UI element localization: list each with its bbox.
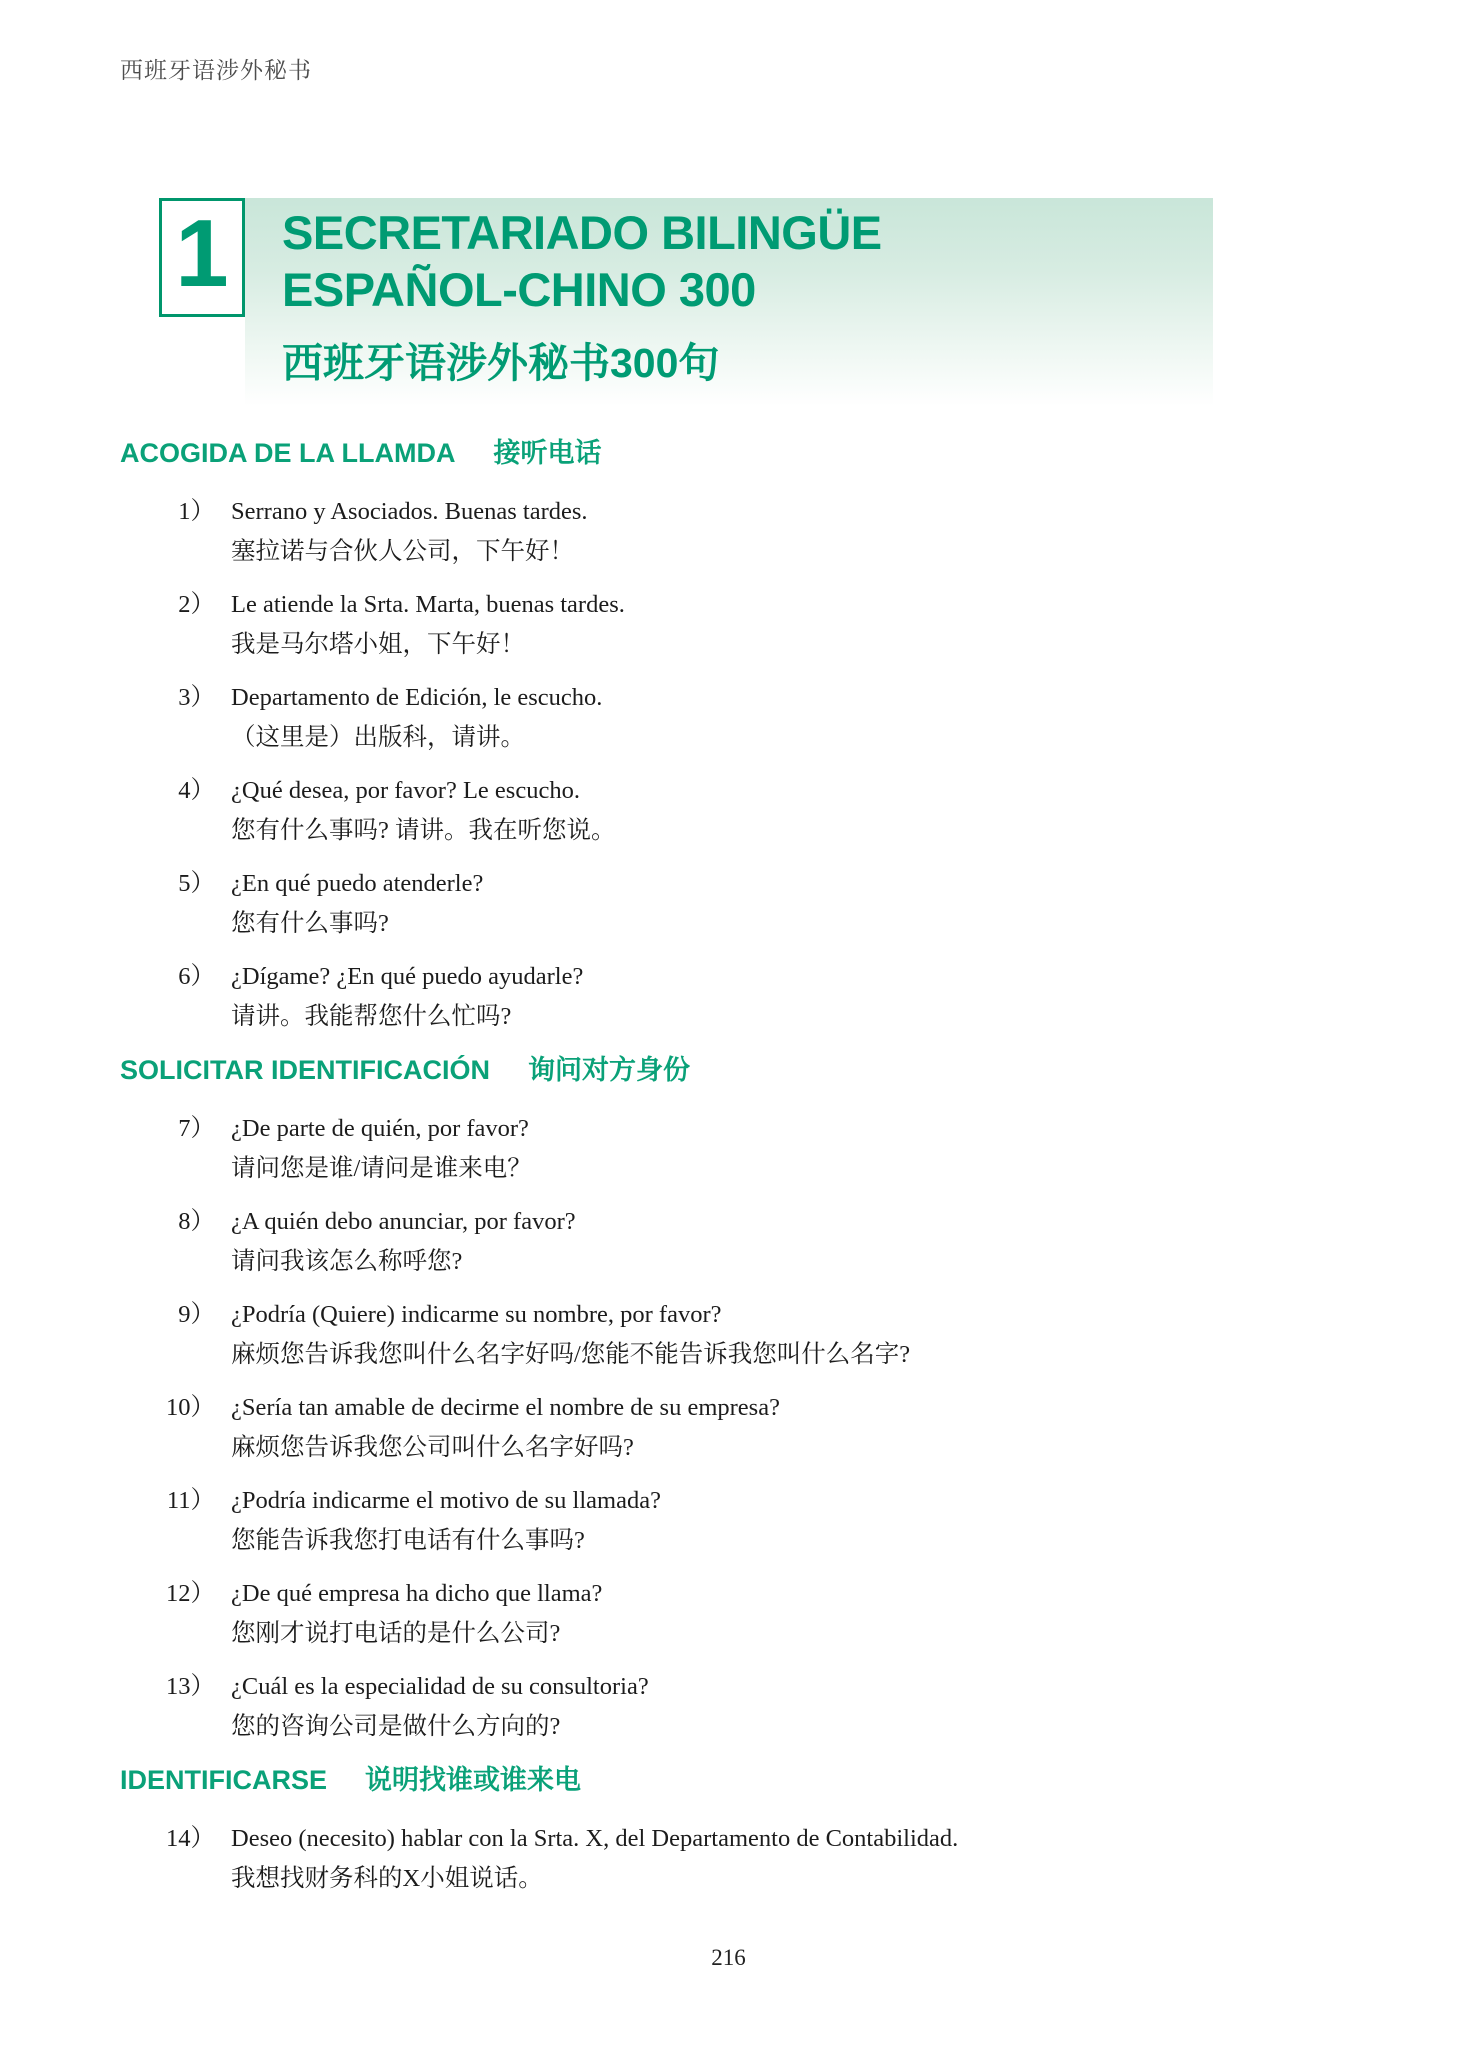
phrase-spanish-line: ¿Dígame? ¿En qué puedo ayudarle? <box>231 957 1350 997</box>
section-heading-spanish: IDENTIFICARSE <box>120 1765 327 1795</box>
phrase-spanish-line: ¿Qué desea, por favor? Le escucho. <box>231 771 1350 811</box>
phrase-item-text: ¿Sería tan amable de decirme el nombre d… <box>231 1388 1350 1468</box>
phrase-item-number: 1） <box>120 492 215 532</box>
phrase-item-number: 8） <box>120 1202 215 1242</box>
phrase-spanish-line: Departamento de Edición, le escucho. <box>231 678 1350 718</box>
chapter-subtitle-chinese: 西班牙语涉外秘书300句 <box>282 330 719 389</box>
phrase-item-number: 4） <box>120 771 215 811</box>
phrase-spanish-line: ¿De qué empresa ha dicho que llama? <box>231 1574 1350 1614</box>
section-heading-chinese: 说明找谁或谁来电 <box>365 1765 581 1795</box>
phrase-item: 13） ¿Cuál es la especialidad de su consu… <box>120 1667 1350 1747</box>
phrase-chinese-line: 您的咨询公司是做什么方向的? <box>231 1707 1350 1747</box>
phrase-spanish-line: Serrano y Asociados. Buenas tardes. <box>231 492 1350 532</box>
chapter-title-line2: ESPAÑOL-CHINO 300 <box>282 261 882 318</box>
section-heading: ACOGIDA DE LA LLAMDA接听电话 <box>120 436 1350 470</box>
phrase-spanish-line: ¿Podría indicarme el motivo de su llamad… <box>231 1481 1350 1521</box>
phrase-item: 8） ¿A quién debo anunciar, por favor? 请问… <box>120 1202 1350 1282</box>
phrase-item: 4） ¿Qué desea, por favor? Le escucho. 您有… <box>120 771 1350 851</box>
phrase-item-text: ¿Podría (Quiere) indicarme su nombre, po… <box>231 1295 1350 1375</box>
phrase-item-text: ¿Cuál es la especialidad de su consultor… <box>231 1667 1350 1747</box>
book-page: 西班牙语涉外秘书 1 SECRETARIADO BILINGÜE ESPAÑOL… <box>0 0 1457 2048</box>
page-number: 216 <box>0 1945 1457 1971</box>
phrase-item-number: 3） <box>120 678 215 718</box>
phrase-item-number: 11） <box>120 1481 215 1521</box>
phrase-item: 14） Deseo (necesito) hablar con la Srta.… <box>120 1819 1350 1899</box>
phrase-item-number: 6） <box>120 957 215 997</box>
phrase-item-number: 2） <box>120 585 215 625</box>
phrase-item: 5） ¿En qué puedo atenderle? 您有什么事吗? <box>120 864 1350 944</box>
running-header: 西班牙语涉外秘书 <box>120 52 312 85</box>
phrase-item: 6） ¿Dígame? ¿En qué puedo ayudarle? 请讲。我… <box>120 957 1350 1037</box>
phrase-item-number: 14） <box>120 1819 215 1859</box>
phrase-chinese-line: 您有什么事吗? 请讲。我在听您说。 <box>231 811 1350 851</box>
phrase-item: 10） ¿Sería tan amable de decirme el nomb… <box>120 1388 1350 1468</box>
phrase-spanish-line: ¿De parte de quién, por favor? <box>231 1109 1350 1149</box>
phrase-item-number: 12） <box>120 1574 215 1614</box>
section-items: 14） Deseo (necesito) hablar con la Srta.… <box>120 1819 1350 1899</box>
phrase-spanish-line: Deseo (necesito) hablar con la Srta. X, … <box>231 1819 1350 1859</box>
phrase-chinese-line: 我是马尔塔小姐，下午好！ <box>231 625 1350 665</box>
phrase-section: ACOGIDA DE LA LLAMDA接听电话 1） Serrano y As… <box>120 436 1350 1037</box>
section-heading-chinese: 接听电话 <box>493 438 601 468</box>
phrase-spanish-line: ¿Cuál es la especialidad de su consultor… <box>231 1667 1350 1707</box>
phrase-item-text: Deseo (necesito) hablar con la Srta. X, … <box>231 1819 1350 1899</box>
phrase-item-text: ¿Dígame? ¿En qué puedo ayudarle? 请讲。我能帮您… <box>231 957 1350 1037</box>
phrase-item-text: Le atiende la Srta. Marta, buenas tardes… <box>231 585 1350 665</box>
section-heading-spanish: SOLICITAR IDENTIFICACIÓN <box>120 1055 490 1085</box>
phrase-item: 12） ¿De qué empresa ha dicho que llama? … <box>120 1574 1350 1654</box>
phrase-section: IDENTIFICARSE说明找谁或谁来电 14） Deseo (necesit… <box>120 1763 1350 1899</box>
phrase-item-text: Departamento de Edición, le escucho. （这里… <box>231 678 1350 758</box>
chapter-number: 1 <box>175 206 228 302</box>
phrase-item-number: 9） <box>120 1295 215 1335</box>
section-heading-chinese: 询问对方身份 <box>528 1055 690 1085</box>
phrase-spanish-line: ¿Sería tan amable de decirme el nombre d… <box>231 1388 1350 1428</box>
phrase-list-content: ACOGIDA DE LA LLAMDA接听电话 1） Serrano y As… <box>120 436 1350 1912</box>
phrase-item: 9） ¿Podría (Quiere) indicarme su nombre,… <box>120 1295 1350 1375</box>
phrase-item-text: ¿Qué desea, por favor? Le escucho. 您有什么事… <box>231 771 1350 851</box>
phrase-spanish-line: Le atiende la Srta. Marta, buenas tardes… <box>231 585 1350 625</box>
phrase-item-text: Serrano y Asociados. Buenas tardes. 塞拉诺与… <box>231 492 1350 572</box>
section-heading: SOLICITAR IDENTIFICACIÓN询问对方身份 <box>120 1053 1350 1087</box>
phrase-item: 3） Departamento de Edición, le escucho. … <box>120 678 1350 758</box>
section-heading-spanish: ACOGIDA DE LA LLAMDA <box>120 438 455 468</box>
chapter-title-line1: SECRETARIADO BILINGÜE <box>282 204 882 261</box>
phrase-item-text: ¿De parte de quién, por favor? 请问您是谁/请问是… <box>231 1109 1350 1189</box>
phrase-item: 1） Serrano y Asociados. Buenas tardes. 塞… <box>120 492 1350 572</box>
section-heading: IDENTIFICARSE说明找谁或谁来电 <box>120 1763 1350 1797</box>
section-items: 7） ¿De parte de quién, por favor? 请问您是谁/… <box>120 1109 1350 1747</box>
phrase-chinese-line: 请讲。我能帮您什么忙吗? <box>231 997 1350 1037</box>
phrase-item: 2） Le atiende la Srta. Marta, buenas tar… <box>120 585 1350 665</box>
phrase-item: 7） ¿De parte de quién, por favor? 请问您是谁/… <box>120 1109 1350 1189</box>
phrase-chinese-line: 塞拉诺与合伙人公司，下午好！ <box>231 532 1350 572</box>
phrase-chinese-line: 您有什么事吗? <box>231 904 1350 944</box>
phrase-item-text: ¿De qué empresa ha dicho que llama? 您刚才说… <box>231 1574 1350 1654</box>
phrase-item-text: ¿A quién debo anunciar, por favor? 请问我该怎… <box>231 1202 1350 1282</box>
phrase-spanish-line: ¿A quién debo anunciar, por favor? <box>231 1202 1350 1242</box>
phrase-item-text: ¿Podría indicarme el motivo de su llamad… <box>231 1481 1350 1561</box>
phrase-item-number: 7） <box>120 1109 215 1149</box>
phrase-chinese-line: （这里是）出版科，请讲。 <box>231 718 1350 758</box>
phrase-item-number: 5） <box>120 864 215 904</box>
chapter-number-box: 1 <box>159 198 245 317</box>
phrase-chinese-line: 请问我该怎么称呼您? <box>231 1242 1350 1282</box>
phrase-section: SOLICITAR IDENTIFICACIÓN询问对方身份 7） ¿De pa… <box>120 1053 1350 1747</box>
section-items: 1） Serrano y Asociados. Buenas tardes. 塞… <box>120 492 1350 1037</box>
phrase-chinese-line: 麻烦您告诉我您公司叫什么名字好吗? <box>231 1428 1350 1468</box>
chapter-title: SECRETARIADO BILINGÜE ESPAÑOL-CHINO 300 <box>282 204 882 318</box>
phrase-spanish-line: ¿Podría (Quiere) indicarme su nombre, po… <box>231 1295 1350 1335</box>
phrase-chinese-line: 麻烦您告诉我您叫什么名字好吗/您能不能告诉我您叫什么名字? <box>231 1335 1350 1375</box>
phrase-item: 11） ¿Podría indicarme el motivo de su ll… <box>120 1481 1350 1561</box>
phrase-item-number: 10） <box>120 1388 215 1428</box>
phrase-chinese-line: 您能告诉我您打电话有什么事吗? <box>231 1521 1350 1561</box>
phrase-spanish-line: ¿En qué puedo atenderle? <box>231 864 1350 904</box>
phrase-chinese-line: 我想找财务科的X小姐说话。 <box>231 1859 1350 1899</box>
phrase-chinese-line: 请问您是谁/请问是谁来电？ <box>231 1149 1350 1189</box>
phrase-item-number: 13） <box>120 1667 215 1707</box>
phrase-chinese-line: 您刚才说打电话的是什么公司? <box>231 1614 1350 1654</box>
phrase-item-text: ¿En qué puedo atenderle? 您有什么事吗? <box>231 864 1350 944</box>
